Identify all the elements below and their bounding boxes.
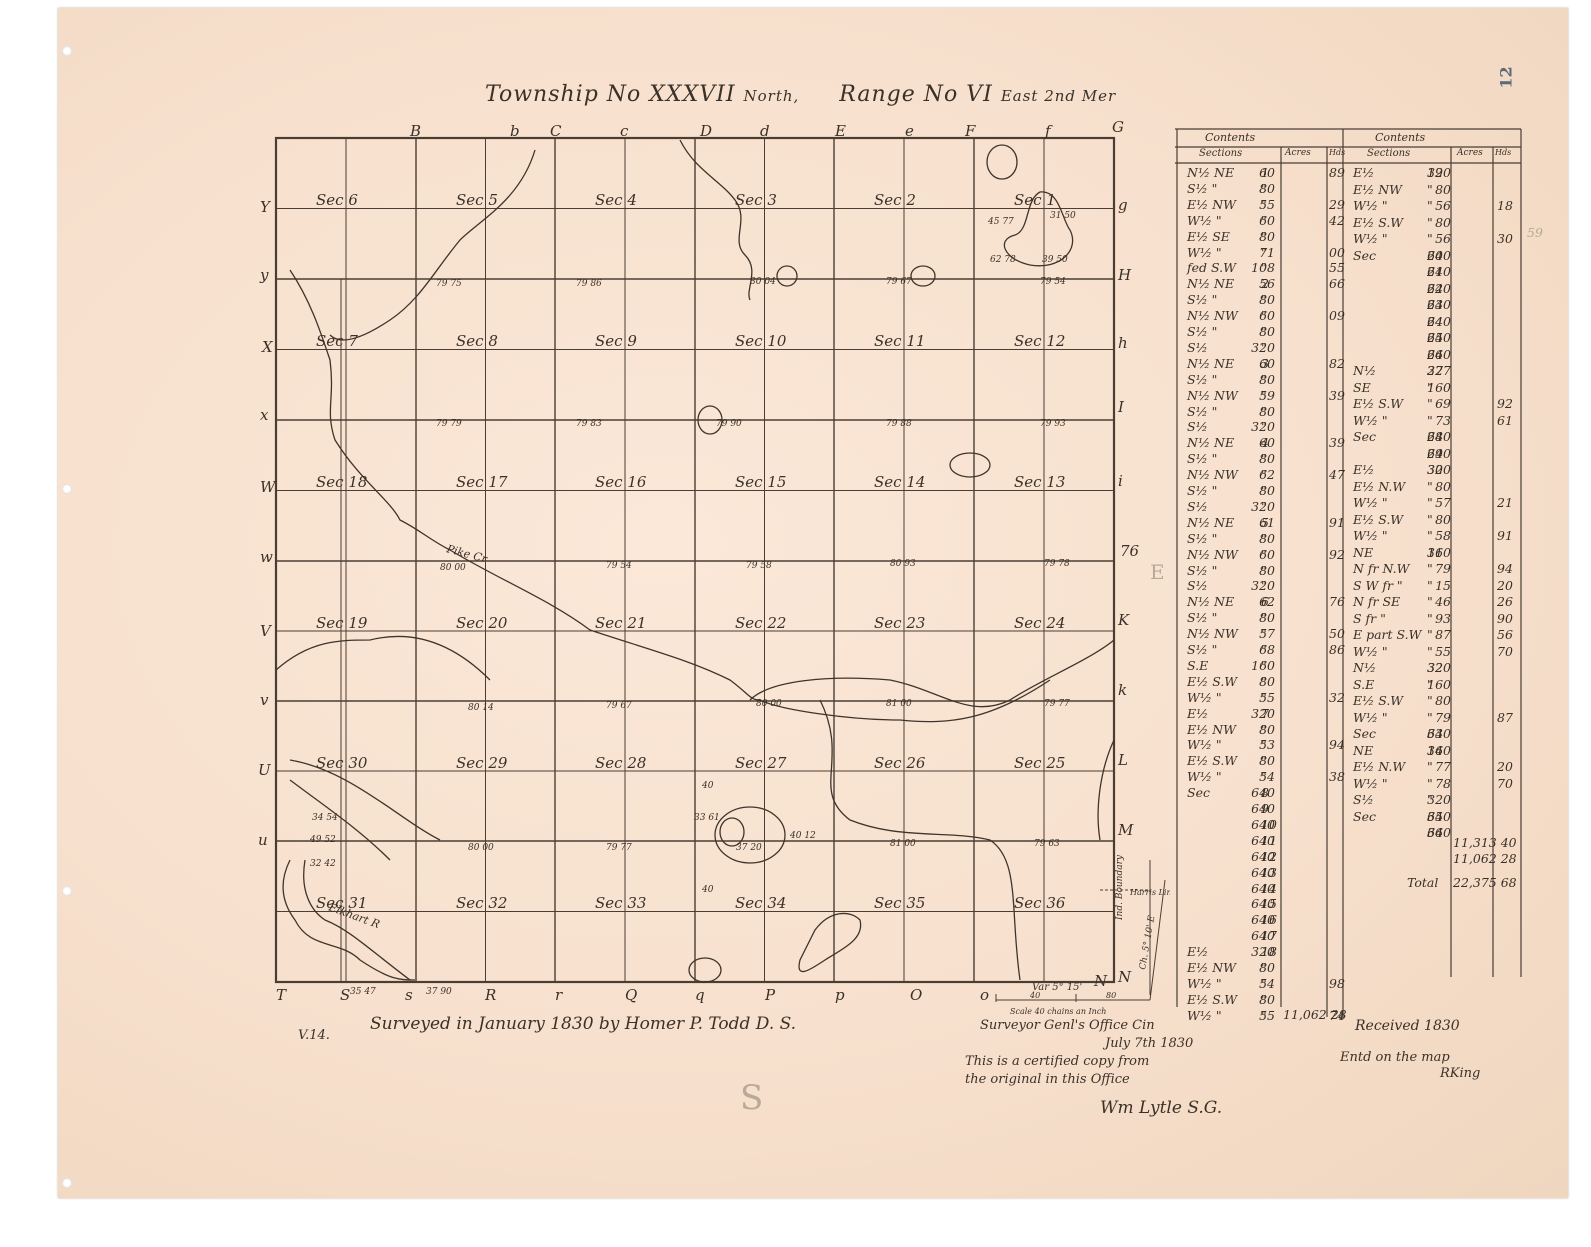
svg-text:79 54: 79 54 [606, 561, 632, 571]
right-row: S fr ""9390 [1343, 611, 1513, 628]
svg-text:O: O [910, 986, 922, 1004]
cert-line-2: the original in this Office [965, 1072, 1130, 1087]
row-desc: W½ " [1187, 769, 1222, 784]
row-hds: 70 [1497, 644, 1513, 659]
section-label-33: Sec 33 [595, 894, 646, 912]
row-desc: S½ [1187, 578, 1208, 593]
right-subtotal-2: 11,062 28 [1453, 851, 1517, 866]
svg-text:79 77: 79 77 [606, 843, 632, 853]
right-row: 26640 [1343, 347, 1513, 364]
row-acres: 80 [1259, 563, 1275, 578]
section-label-15: Sec 16 [595, 473, 647, 491]
row-acres: 77 [1435, 759, 1451, 774]
row-hds: 61 [1497, 413, 1513, 428]
office-line-2: July 7th 1830 [1105, 1036, 1193, 1051]
row-hds: 56 [1497, 627, 1513, 642]
left-row: N½ NW"6247 [1177, 467, 1347, 483]
left-row: 9640 [1177, 801, 1347, 817]
section-label-25: Sec 30 [316, 754, 368, 772]
row-acres: 80 [1259, 992, 1275, 1007]
map-scale: 40 80 Scale 40 chains an Inch [1010, 991, 1116, 1016]
svg-text:80: 80 [1106, 991, 1116, 1000]
row-hds: 30 [1497, 231, 1513, 246]
svg-text:K: K [1117, 611, 1130, 629]
svg-text:81 00: 81 00 [890, 839, 916, 849]
row-acres: 640 [1251, 833, 1275, 848]
left-row: N½ NW"5939 [1177, 388, 1347, 404]
row-acres: 160 [1427, 677, 1451, 692]
right-row: Sec33640 [1343, 726, 1513, 743]
row-acres: 327 [1427, 363, 1451, 378]
punch-hole [62, 46, 72, 56]
row-acres: 640 [1251, 801, 1275, 816]
left-row: S½"320 [1177, 419, 1347, 435]
left-row: N½ NW"5750 [1177, 626, 1347, 642]
right-row: Sec35640 [1343, 809, 1513, 826]
row-acres: 60 [1259, 165, 1275, 180]
svg-text:79 86: 79 86 [576, 279, 602, 289]
right-row: E½ S.W"80 [1343, 215, 1513, 232]
row-acres: 71 [1259, 245, 1275, 260]
row-acres: 60 [1259, 435, 1275, 450]
row-acres: 58 [1435, 528, 1451, 543]
section-label-28: Sec 27 [735, 754, 787, 772]
right-row: NE34160 [1343, 743, 1513, 760]
grand-total: 22,375 68 [1453, 875, 1517, 890]
left-row: S½ ""80 [1177, 372, 1347, 388]
row-acres: 61 [1259, 515, 1275, 530]
left-row: 11640 [1177, 833, 1347, 849]
left-row: E½ NW"80 [1177, 722, 1347, 738]
row-hds: 21 [1497, 495, 1513, 510]
right-row: 25640 [1343, 330, 1513, 347]
row-sec: " [1427, 776, 1433, 791]
svg-text:s: s [405, 986, 413, 1004]
left-row: N½ NW"6092 [1177, 547, 1347, 563]
township-label: Township No XXXVII [485, 82, 736, 107]
left-row: E½ SE"80 [1177, 229, 1347, 245]
row-acres: 640 [1427, 330, 1451, 345]
row-desc: S½ " [1187, 451, 1217, 466]
row-desc: N½ NW [1187, 547, 1238, 562]
row-acres: 80 [1435, 512, 1451, 527]
svg-text:k: k [1118, 681, 1127, 699]
row-sec: " [1427, 759, 1433, 774]
row-hds: 91 [1497, 528, 1513, 543]
row-desc: N½ NE [1187, 594, 1234, 609]
row-acres: 320 [1427, 462, 1451, 477]
left-total: 11,062 28 [1283, 1007, 1347, 1022]
svg-text:g: g [1118, 196, 1128, 214]
left-row: 10640 [1177, 817, 1347, 833]
row-sec: " [1427, 495, 1433, 510]
creek-upper [330, 150, 535, 340]
left-row: E½18320 [1177, 944, 1347, 960]
row-desc: W½ " [1187, 1008, 1222, 1023]
svg-text:79 67: 79 67 [606, 701, 632, 711]
row-desc: W½ " [1187, 737, 1222, 752]
svg-text:62 78: 62 78 [990, 255, 1016, 265]
row-desc: W½ " [1353, 528, 1388, 543]
row-acres: 55 [1259, 1008, 1275, 1023]
row-sec: " [1427, 594, 1433, 609]
row-desc: SE [1353, 380, 1371, 395]
row-acres: 640 [1251, 849, 1275, 864]
left-row: N½ NE66276 [1177, 594, 1347, 610]
row-acres: 68 [1259, 642, 1275, 657]
row-desc: S½ [1353, 792, 1374, 807]
row-acres: 56 [1435, 198, 1451, 213]
svg-text:Q: Q [625, 986, 637, 1004]
surveyor-general-signature: Wm Lytle S.G. [1100, 1098, 1222, 1118]
row-desc: N½ NE [1187, 435, 1234, 450]
right-row: N fr SE"4626 [1343, 594, 1513, 611]
row-acres: 54 [1259, 769, 1275, 784]
row-acres: 320 [1251, 578, 1275, 593]
row-desc: S½ " [1187, 292, 1217, 307]
row-acres: 79 [1435, 561, 1451, 576]
row-acres: 640 [1427, 314, 1451, 329]
row-desc: S½ " [1187, 181, 1217, 196]
section-label-11: Sec 11 [874, 332, 925, 350]
row-desc: N½ NE [1187, 276, 1234, 291]
right-subtotal-1: 11,313 40 [1453, 835, 1517, 850]
svg-text:49 52: 49 52 [309, 835, 336, 845]
svg-text:40 12: 40 12 [789, 831, 816, 841]
row-acres: 640 [1427, 297, 1451, 312]
left-row: W½ ""5532 [1177, 690, 1347, 706]
margin-letter-s: S [740, 1078, 763, 1118]
svg-text:b: b [510, 122, 520, 140]
row-acres: 53 [1259, 737, 1275, 752]
row-acres: 640 [1427, 248, 1451, 263]
section-label-22: Sec 22 [735, 614, 786, 632]
township-map: B b C c D d E e F f G g H h I i 76 K k L… [250, 120, 1170, 1020]
row-acres: 640 [1251, 881, 1275, 896]
svg-text:76: 76 [1120, 542, 1140, 560]
row-acres: 60 [1259, 308, 1275, 323]
right-row: W½ ""7870 [1343, 776, 1513, 793]
row-acres: 640 [1251, 785, 1275, 800]
svg-text:d: d [760, 122, 770, 140]
entered-note: Entd on the map [1340, 1050, 1450, 1065]
left-row: S½ ""80 [1177, 563, 1347, 579]
right-row: Sec20640 [1343, 248, 1513, 265]
svg-text:Ind. Boundary: Ind. Boundary [1115, 854, 1125, 921]
section-label-14: Sec 17 [456, 473, 508, 491]
section-labels: Sec 6Sec 5Sec 4Sec 3Sec 2Sec 1Sec 7Sec 8… [316, 191, 1066, 912]
section-label-7: Sec 7 [316, 332, 358, 350]
range-label: Range No VI [839, 82, 993, 107]
svg-text:80 00: 80 00 [756, 699, 782, 709]
right-row: E½19320 [1343, 165, 1513, 182]
svg-text:Y: Y [260, 198, 272, 216]
row-acres: 80 [1259, 372, 1275, 387]
stream-sw [276, 636, 490, 680]
svg-text:80 00: 80 00 [468, 843, 494, 853]
svg-text:31 50: 31 50 [1050, 211, 1076, 221]
svg-text:X: X [261, 338, 274, 356]
svg-text:40: 40 [701, 885, 714, 895]
row-desc: NE [1353, 545, 1373, 560]
stream-e [1098, 740, 1114, 840]
right-row: Sec28640 [1343, 429, 1513, 446]
row-acres: 55 [1259, 197, 1275, 212]
section-label-36: Sec 36 [1014, 894, 1066, 912]
right-row: E½ S.W"80 [1343, 512, 1513, 529]
svg-text:L: L [1117, 751, 1128, 769]
row-sec: " [1427, 231, 1433, 246]
north-label: North, [744, 87, 800, 105]
section-label-16: Sec 15 [735, 473, 786, 491]
svg-text:79 78: 79 78 [1044, 559, 1070, 569]
row-desc: E½ SE [1187, 229, 1230, 244]
row-acres: 640 [1251, 912, 1275, 927]
row-acres: 640 [1427, 726, 1451, 741]
right-row: NE31160 [1343, 545, 1513, 562]
row-desc: Sec [1353, 809, 1376, 824]
plat-title: Township No XXXVII North, Range No VI Ea… [485, 82, 1116, 107]
svg-text:79 93: 79 93 [1040, 419, 1066, 429]
section-label-4: Sec 3 [735, 191, 777, 209]
svg-text:W: W [260, 478, 277, 496]
row-desc: S½ " [1187, 610, 1217, 625]
right-row: S.E"160 [1343, 677, 1513, 694]
row-acres: 640 [1427, 429, 1451, 444]
row-hds: 98 [1329, 976, 1345, 991]
row-desc: N½ NE [1187, 356, 1234, 371]
row-desc: S½ " [1187, 483, 1217, 498]
section-label-8: Sec 8 [456, 332, 498, 350]
row-acres: 320 [1251, 340, 1275, 355]
svg-text:79 67: 79 67 [886, 277, 912, 287]
row-acres: 640 [1251, 896, 1275, 911]
row-acres: 160 [1251, 658, 1275, 673]
left-row: W½ ""5438 [1177, 769, 1347, 785]
row-sec: " [1427, 198, 1433, 213]
row-acres: 80 [1259, 229, 1275, 244]
row-desc: N½ [1353, 363, 1376, 378]
row-desc: S½ [1187, 419, 1208, 434]
right-row: E½ S.W"6992 [1343, 396, 1513, 413]
row-desc: S½ " [1187, 563, 1217, 578]
svg-text:79 58: 79 58 [746, 561, 772, 571]
left-row: S½ ""80 [1177, 610, 1347, 626]
left-row: 13640 [1177, 865, 1347, 881]
svg-text:80 00: 80 00 [440, 563, 466, 573]
svg-text:32 42: 32 42 [310, 859, 336, 869]
row-acres: 640 [1251, 865, 1275, 880]
row-acres: 60 [1259, 213, 1275, 228]
left-row: E½ S.W"80 [1177, 753, 1347, 769]
row-desc: E½ S.W [1187, 992, 1237, 1007]
row-desc: W½ " [1353, 776, 1388, 791]
right-row: W½ ""5891 [1343, 528, 1513, 545]
row-acres: 640 [1427, 347, 1451, 362]
row-desc: W½ " [1187, 245, 1222, 260]
right-row: E part S.W"8756 [1343, 627, 1513, 644]
left-row: N½ NE46039 [1177, 435, 1347, 451]
svg-text:h: h [1118, 334, 1128, 352]
left-row: fed S.W"10855 [1177, 260, 1347, 276]
row-acres: 54 [1259, 976, 1275, 991]
left-row: 12640 [1177, 849, 1347, 865]
left-row: E½ NW"80 [1177, 960, 1347, 976]
row-desc: S½ " [1187, 372, 1217, 387]
row-acres: 46 [1435, 594, 1451, 609]
section-label-30: Sec 25 [1014, 754, 1065, 772]
col-hds: Hds [1329, 148, 1345, 157]
row-desc: W½ " [1353, 198, 1388, 213]
row-desc: E½ S.W [1353, 512, 1403, 527]
left-row: N½ NE36082 [1177, 356, 1347, 372]
row-acres: 80 [1259, 404, 1275, 419]
row-acres: 80 [1259, 960, 1275, 975]
svg-text:79 88: 79 88 [886, 419, 912, 429]
svg-text:o: o [980, 986, 989, 1004]
svg-text:V: V [260, 622, 273, 640]
row-sec: " [1427, 396, 1433, 411]
section-label-18: Sec 13 [1014, 473, 1065, 491]
svg-text:S: S [340, 986, 350, 1004]
right-row: 23640 [1343, 297, 1513, 314]
row-hds: 70 [1497, 776, 1513, 791]
row-acres: 87 [1435, 627, 1451, 642]
svg-text:R: R [484, 986, 496, 1004]
punch-hole [62, 886, 72, 896]
svg-text:y: y [259, 266, 269, 284]
row-sec: " [1427, 578, 1433, 593]
row-desc: N½ NW [1187, 388, 1238, 403]
left-row: S½ ""80 [1177, 451, 1347, 467]
left-row: S½ ""80 [1177, 404, 1347, 420]
row-desc: E½ S.W [1187, 753, 1237, 768]
col-hds-r: Hds [1495, 148, 1511, 157]
col-acres: Acres [1285, 148, 1311, 158]
row-acres: 640 [1251, 817, 1275, 832]
svg-text:p: p [835, 986, 845, 1004]
left-row: S½ ""80 [1177, 324, 1347, 340]
row-acres: 56 [1435, 231, 1451, 246]
row-acres: 57 [1259, 626, 1275, 641]
svg-text:79 54: 79 54 [1040, 277, 1066, 287]
svg-text:79 77: 79 77 [1044, 699, 1070, 709]
row-desc: W½ " [1353, 710, 1388, 725]
row-acres: 80 [1259, 181, 1275, 196]
svg-text:79 90: 79 90 [716, 419, 742, 429]
row-acres: 80 [1435, 215, 1451, 230]
section-label-6: Sec 1 [1014, 191, 1056, 209]
svg-text:35 47: 35 47 [350, 987, 376, 997]
row-desc: S W fr " [1353, 578, 1403, 593]
row-acres: 160 [1427, 545, 1451, 560]
left-row: N½ NE25666 [1177, 276, 1347, 292]
row-desc: S½ [1187, 340, 1208, 355]
row-hds: 87 [1497, 710, 1513, 725]
left-row: S½ ""80 [1177, 531, 1347, 547]
svg-text:45 77: 45 77 [987, 217, 1014, 227]
stream-w2 [290, 760, 440, 840]
row-desc: W½ " [1187, 976, 1222, 991]
row-sec: " [1427, 215, 1433, 230]
svg-text:C: C [550, 122, 562, 140]
right-row: N fr N.W"7994 [1343, 561, 1513, 578]
left-row: 16640 [1177, 912, 1347, 928]
stream-s [820, 700, 1020, 980]
left-group-header: Contents [1205, 131, 1255, 144]
margin-note: 59 [1527, 225, 1543, 240]
row-hds: 90 [1497, 611, 1513, 626]
row-desc: S½ " [1187, 531, 1217, 546]
right-row: N½27327 [1343, 363, 1513, 380]
row-desc: N½ NW [1187, 467, 1238, 482]
row-desc: W½ " [1353, 231, 1388, 246]
row-acres: 79 [1435, 710, 1451, 725]
right-row: S½"320 [1343, 792, 1513, 809]
row-acres: 80 [1435, 693, 1451, 708]
row-acres: 80 [1259, 753, 1275, 768]
row-desc: E½ S.W [1353, 396, 1403, 411]
row-acres: 320 [1251, 419, 1275, 434]
row-acres: 60 [1259, 547, 1275, 562]
row-hds: 20 [1497, 578, 1513, 593]
svg-text:33 61: 33 61 [694, 813, 720, 823]
row-acres: 80 [1259, 610, 1275, 625]
row-acres: 160 [1427, 743, 1451, 758]
row-hds: 20 [1497, 759, 1513, 774]
left-row: 17640 [1177, 928, 1347, 944]
row-acres: 80 [1435, 182, 1451, 197]
svg-text:79 83: 79 83 [576, 419, 602, 429]
left-row: S½ ""6886 [1177, 642, 1347, 658]
row-desc: E½ S.W [1353, 215, 1403, 230]
row-desc: W½ " [1187, 213, 1222, 228]
left-row: E½ NW"5529 [1177, 197, 1347, 213]
row-acres: 320 [1251, 944, 1275, 959]
left-row: S½"320 [1177, 499, 1347, 515]
left-row: W½ ""7100 [1177, 245, 1347, 261]
row-acres: 80 [1259, 674, 1275, 689]
svg-text:i: i [1118, 472, 1123, 490]
row-acres: 80 [1435, 479, 1451, 494]
section-label-23: Sec 23 [874, 614, 925, 632]
svg-text:40: 40 [701, 781, 714, 791]
right-row: E½ N.W"7720 [1343, 759, 1513, 776]
svg-text:81 00: 81 00 [886, 699, 912, 709]
row-acres: 640 [1427, 446, 1451, 461]
svg-text:I: I [1117, 398, 1125, 416]
svg-text:80 04: 80 04 [750, 277, 776, 287]
right-row: E½ N.W"80 [1343, 479, 1513, 496]
row-sec: " [1427, 512, 1433, 527]
row-acres: 640 [1427, 281, 1451, 296]
right-row: W½ ""7987 [1343, 710, 1513, 727]
row-sec: " [1427, 528, 1433, 543]
left-row: S.E"160 [1177, 658, 1347, 674]
svg-text:P: P [764, 986, 776, 1004]
row-desc: E½ NW [1353, 182, 1402, 197]
row-desc: E½ N.W [1353, 759, 1405, 774]
svg-text:37 20: 37 20 [736, 843, 762, 853]
row-desc: E½ N.W [1353, 479, 1405, 494]
row-acres: 80 [1259, 324, 1275, 339]
row-acres: 55 [1435, 644, 1451, 659]
right-row: SE"160 [1343, 380, 1513, 397]
svg-text:F: F [964, 122, 976, 140]
page-number: 12 [1497, 66, 1516, 88]
row-desc: NE [1353, 743, 1373, 758]
row-acres: 62 [1259, 467, 1275, 482]
